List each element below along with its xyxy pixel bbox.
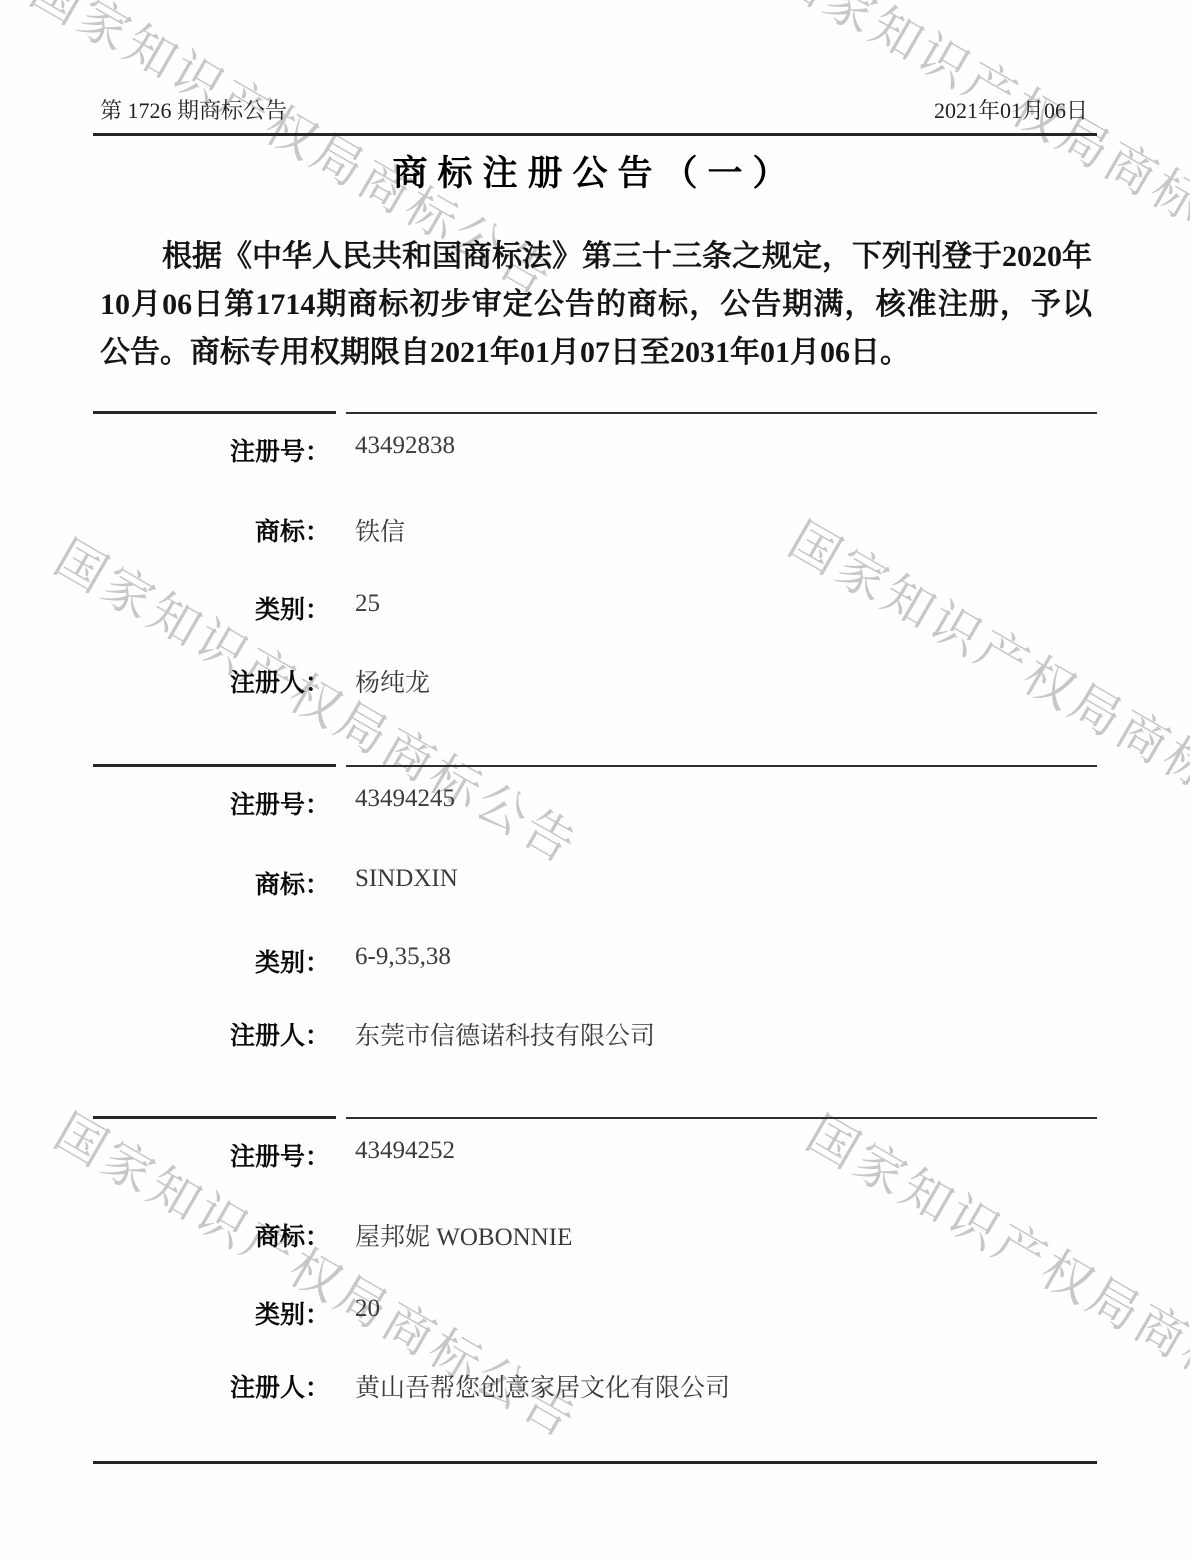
header-issue-number: 第 1726 期商标公告 xyxy=(100,94,287,125)
field-row-class: 类别： 25 xyxy=(0,590,1190,624)
field-row-mark: 商标： SINDXIN xyxy=(0,865,1190,899)
entry-section-1: 注册号： 43492838 商标： 铁信 类别： 25 注册人： 杨纯龙 xyxy=(0,411,1190,764)
header-date: 2021年01月06日 xyxy=(934,94,1088,125)
field-value-regno: 43494245 xyxy=(355,785,455,813)
field-row-registrant: 注册人： 东莞市信德诺科技有限公司 xyxy=(0,1016,1190,1050)
field-label-class: 类别： xyxy=(100,1295,330,1331)
field-row-class: 类别： 6-9,35,38 xyxy=(0,943,1190,977)
entry-rule xyxy=(0,1116,1190,1120)
field-value-registrant: 杨纯龙 xyxy=(355,663,430,699)
page-title: 商标注册公告（一） xyxy=(0,146,1190,196)
field-label-registrant: 注册人： xyxy=(100,1016,330,1052)
footer-rule xyxy=(93,1461,1097,1464)
field-row-mark: 商标： 屋邦妮 WOBONNIE xyxy=(0,1217,1190,1251)
intro-line-1: 根据《中华人民共和国商标法》第三十三条之规定，下列刊登于2020年 xyxy=(100,233,1092,281)
field-value-registrant: 黄山吾帮您创意家居文化有限公司 xyxy=(355,1368,730,1404)
gazette-page: 国家知识产权局商标公告 国家知识产权局商标公告 国家知识产权局商标公告 国家知识… xyxy=(0,0,1190,1564)
intro-line-3: 公告。商标专用权期限自2021年01月07日至2031年01月06日。 xyxy=(100,329,1092,377)
entry-rule xyxy=(0,411,1190,415)
field-row-registrant: 注册人： 杨纯龙 xyxy=(0,663,1190,697)
field-label-class: 类别： xyxy=(100,590,330,626)
field-row-class: 类别： 20 xyxy=(0,1295,1190,1329)
intro-paragraph: 根据《中华人民共和国商标法》第三十三条之规定，下列刊登于2020年 10月06日… xyxy=(100,233,1092,377)
intro-line-2: 10月06日第1714期商标初步审定公告的商标，公告期满，核准注册，予以 xyxy=(100,281,1092,329)
field-label-mark: 商标： xyxy=(100,1217,330,1253)
field-value-class: 25 xyxy=(355,590,380,618)
entry-section-2: 注册号： 43494245 商标： SINDXIN 类别： 6-9,35,38 … xyxy=(0,764,1190,1116)
field-value-mark: 铁信 xyxy=(355,512,405,548)
field-row-regno: 注册号： 43492838 xyxy=(0,432,1190,466)
field-label-class: 类别： xyxy=(100,943,330,979)
field-label-regno: 注册号： xyxy=(100,432,330,468)
field-value-mark: 屋邦妮 WOBONNIE xyxy=(355,1217,572,1253)
field-value-registrant: 东莞市信德诺科技有限公司 xyxy=(355,1016,655,1052)
field-value-mark: SINDXIN xyxy=(355,865,458,893)
field-label-registrant: 注册人： xyxy=(100,663,330,699)
field-value-regno: 43494252 xyxy=(355,1137,455,1165)
field-row-registrant: 注册人： 黄山吾帮您创意家居文化有限公司 xyxy=(0,1368,1190,1402)
field-row-mark: 商标： 铁信 xyxy=(0,512,1190,546)
field-label-mark: 商标： xyxy=(100,512,330,548)
field-row-regno: 注册号： 43494252 xyxy=(0,1137,1190,1171)
field-label-registrant: 注册人： xyxy=(100,1368,330,1404)
header-rule xyxy=(93,133,1097,136)
field-label-mark: 商标： xyxy=(100,865,330,901)
page-content: 第 1726 期商标公告 2021年01月06日 商标注册公告（一） 根据《中华… xyxy=(0,0,1190,1564)
field-value-class: 20 xyxy=(355,1295,380,1323)
field-label-regno: 注册号： xyxy=(100,1137,330,1173)
entry-rule xyxy=(0,764,1190,768)
field-row-regno: 注册号： 43494245 xyxy=(0,785,1190,819)
entry-section-3: 注册号： 43494252 商标： 屋邦妮 WOBONNIE 类别： 20 注册… xyxy=(0,1116,1190,1461)
field-label-regno: 注册号： xyxy=(100,785,330,821)
field-value-regno: 43492838 xyxy=(355,432,455,460)
field-value-class: 6-9,35,38 xyxy=(355,943,451,971)
